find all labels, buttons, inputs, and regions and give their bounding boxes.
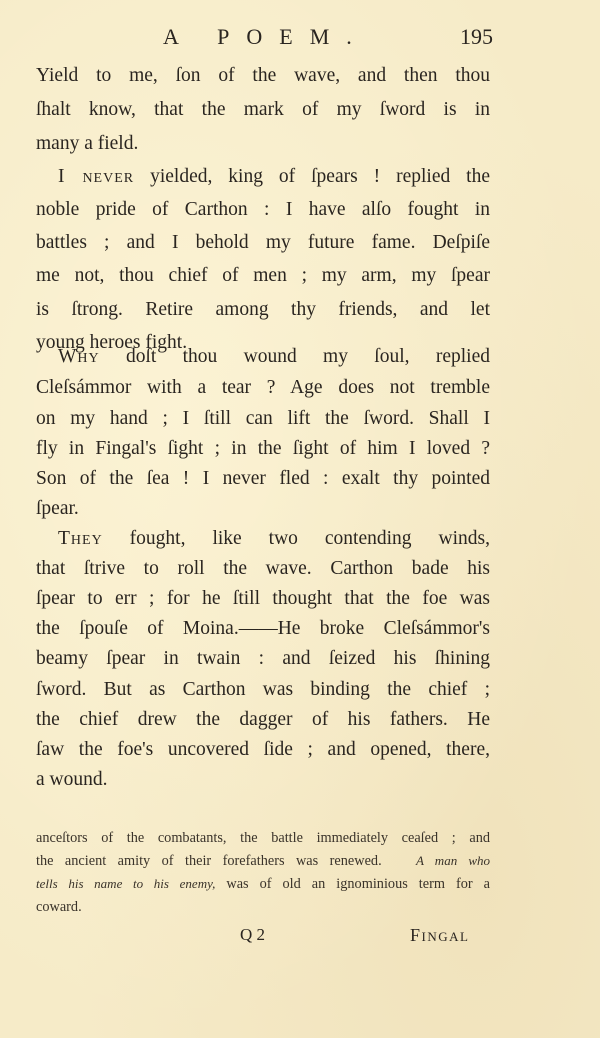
text-line: on my hand ; I ſtill can lift the ſword.… xyxy=(36,407,490,431)
paragraph-lead: Why xyxy=(58,346,100,367)
text-line: ſpear to err ; for he ſtill thought that… xyxy=(36,587,490,611)
footnote-line: coward. xyxy=(36,898,490,916)
text-run: the ancient amity of their forefathers w… xyxy=(36,853,382,869)
paragraph-opening-line: Why doſt thou wound my ſoul, replied xyxy=(58,345,490,369)
running-head: A POEM. 195 xyxy=(163,24,493,58)
text-line: me not, thou chief of men ; my arm, my ſ… xyxy=(36,264,490,288)
text-line: ſhalt know, that the mark of my ſword is… xyxy=(36,98,490,122)
text-line: ſword. But as Carthon was binding the ch… xyxy=(36,678,490,702)
text-run: was of old an ignominious term for a xyxy=(215,876,490,892)
paragraph-lead: I never xyxy=(58,166,134,187)
text-line: ſaw the foe's uncovered ſide ; and opene… xyxy=(36,738,490,762)
signature-mark: Q 2 xyxy=(240,925,265,945)
text-line: battles ; and I behold my future fame. D… xyxy=(36,231,490,255)
italic-phrase: A man who xyxy=(416,853,490,868)
text-line: Cleſsámmor with a tear ? Age does not tr… xyxy=(36,376,490,400)
text-line: Son of the ſea ! I never fled : exalt th… xyxy=(36,467,490,491)
footnote-line: anceſtors of the combatants, the battle … xyxy=(36,829,490,847)
page-number: 195 xyxy=(460,24,493,50)
text-line: many a field. xyxy=(36,132,490,156)
text-run: fought, like two contending winds, xyxy=(103,528,490,549)
paragraph-lead: They xyxy=(58,528,103,549)
text-line: is ſtrong. Retire among thy friends, and… xyxy=(36,298,490,322)
book-page: A POEM. 195 Yield to me, ſon of the wave… xyxy=(0,0,600,1038)
text-run: doſt thou wound my ſoul, replied xyxy=(100,346,490,367)
text-line: ſpear. xyxy=(36,497,490,521)
text-line: Yield to me, ſon of the wave, and then t… xyxy=(36,64,490,88)
text-line: the chief drew the dagger of his fathers… xyxy=(36,708,490,732)
footnote-line: tells his name to his enemy, was of old … xyxy=(36,875,490,893)
paragraph-opening-line: They fought, like two contending winds, xyxy=(58,527,490,551)
text-line: that ſtrive to roll the wave. Carthon ba… xyxy=(36,557,490,581)
italic-phrase: tells his name to his enemy, xyxy=(36,876,215,891)
text-line: beamy ſpear in twain : and ſeized his ſh… xyxy=(36,647,490,671)
catchword: Fingal xyxy=(410,925,469,946)
text-line: a wound. xyxy=(36,768,490,792)
text-line: noble pride of Carthon : I have alſo fou… xyxy=(36,198,490,222)
text-line: fly in Fingal's ſight ; in the ſight of … xyxy=(36,437,490,461)
text-run: yielded, king of ſpears ! replied the xyxy=(134,166,490,187)
text-line: the ſpouſe of Moina.——He broke Cleſsámmo… xyxy=(36,617,490,641)
footnote-line: the ancient amity of their forefathers w… xyxy=(36,852,490,870)
paragraph-opening-line: I never yielded, king of ſpears ! replie… xyxy=(58,165,490,189)
running-title: A POEM. xyxy=(163,24,369,50)
